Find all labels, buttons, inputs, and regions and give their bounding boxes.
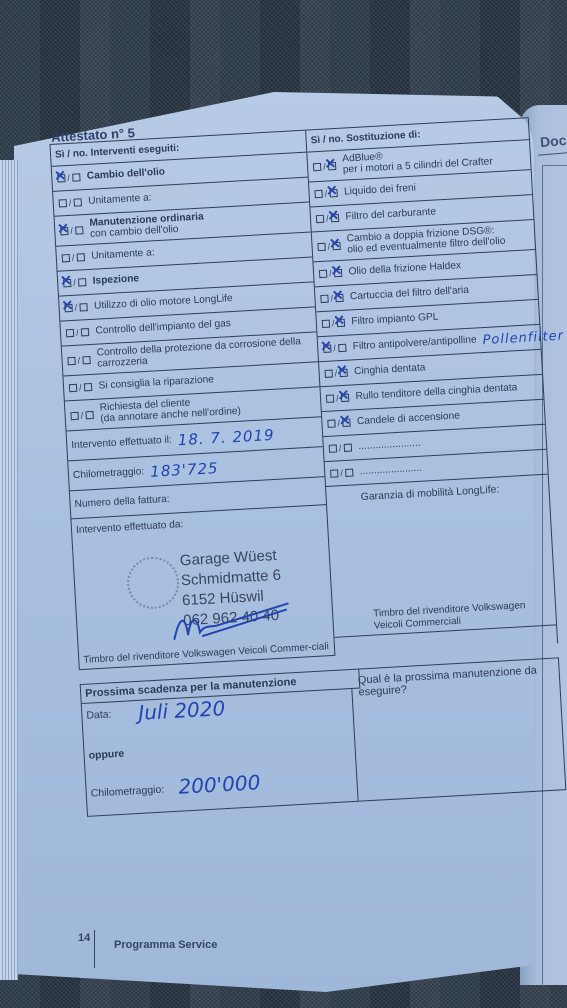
yes-checkbox[interactable] — [70, 411, 78, 419]
yes-checkbox[interactable] — [327, 419, 335, 427]
next-service-box: Prossima scadenza per la manutenzione Da… — [80, 657, 567, 817]
right-stamp-caption: Timbro del rivenditore Volkswagen Veicol… — [373, 599, 544, 632]
yes-no-checkboxes: / — [66, 354, 91, 365]
item-label: Cartuccia del filtro dell'aria — [350, 285, 470, 302]
yes-no-checkboxes: / — [59, 225, 84, 236]
yes-checkbox[interactable] — [59, 199, 67, 207]
invoice-label: Numero della fattura: — [74, 494, 170, 510]
no-checkbox[interactable] — [335, 294, 343, 302]
item-label: ...................... — [358, 438, 421, 452]
item-label-main: Utilizzo di olio motore LongLife — [94, 294, 233, 312]
no-checkbox[interactable] — [79, 303, 87, 311]
item-label: Cambio a doppia frizione DSG®:olio ed ev… — [346, 225, 505, 255]
yes-checkbox[interactable] — [326, 394, 334, 402]
yes-checkbox[interactable] — [64, 304, 72, 312]
separator: / — [333, 343, 336, 353]
next-km-label: Chilometraggio: — [90, 784, 164, 800]
yes-checkbox[interactable] — [330, 469, 338, 477]
signature-icon — [171, 601, 293, 644]
item-label: Liquido dei freni — [344, 183, 416, 198]
no-checkbox[interactable] — [345, 469, 353, 477]
no-checkbox[interactable] — [336, 319, 344, 327]
yes-checkbox[interactable] — [63, 279, 71, 287]
item-label-main: ...................... — [359, 463, 422, 477]
page-stack-edge — [0, 160, 18, 980]
stamp-seal-icon — [126, 555, 181, 610]
item-label-main: Filtro del carburante — [345, 207, 436, 223]
separator: / — [67, 173, 70, 183]
item-label: Ispezione — [92, 274, 139, 287]
left-stamp-caption: Timbro del rivenditore Volkswagen Veicol… — [83, 641, 333, 667]
yes-no-checkboxes: / — [325, 393, 350, 404]
item-label-main: Liquido dei freni — [344, 183, 416, 198]
yes-no-checkboxes: / — [328, 443, 353, 454]
km-label: Chilometraggio: — [73, 466, 145, 481]
item-label-main: Cartuccia del filtro dell'aria — [350, 285, 470, 302]
item-label: Manutenzione ordinariacon cambio dell'ol… — [89, 212, 204, 240]
item-label-main: Ispezione — [92, 274, 139, 287]
item-label-main: Unitamente a: — [91, 248, 155, 262]
no-checkbox[interactable] — [76, 253, 84, 261]
item-label-main: Filtro impianto GPL — [351, 312, 439, 328]
next-service-question-area: Qual è la prossima manutenzione da esegu… — [352, 677, 565, 800]
item-label: Si consiglia la riparazione — [98, 375, 214, 392]
item-label-main: ...................... — [358, 438, 421, 452]
no-checkbox[interactable] — [333, 269, 341, 277]
item-label: Controllo dell'impianto del gas — [95, 319, 231, 337]
yes-checkbox[interactable] — [320, 295, 328, 303]
next-date-label: Data: — [86, 708, 112, 721]
separator: / — [80, 410, 83, 420]
footer-divider — [94, 930, 95, 968]
item-label: Rullo tenditore della cinghia dentata — [355, 383, 517, 403]
page-footer: 14 Programma Service — [78, 932, 90, 944]
next-service-fields: Data: Juli 2020 oppure Chilometraggio: 2… — [82, 689, 359, 816]
yes-no-checkboxes: / — [322, 343, 347, 354]
section-name: Programma Service — [114, 939, 217, 951]
next-page-underline — [538, 151, 567, 155]
km-value: 183'725 — [150, 459, 219, 481]
no-checkbox[interactable] — [73, 198, 81, 206]
item-label: ...................... — [359, 463, 422, 477]
yes-no-checkboxes: / — [63, 302, 88, 313]
yes-checkbox[interactable] — [324, 370, 332, 378]
form-grid: Sì / no. Interventi eseguiti: /Cambio de… — [50, 118, 559, 670]
no-checkbox[interactable] — [329, 189, 337, 197]
yes-checkbox[interactable] — [323, 345, 331, 353]
item-label-main: Controllo dell'impianto del gas — [95, 319, 231, 337]
item-label-main: Filtro antipolvere/antipolline — [352, 335, 476, 353]
next-service-question: Qual è la prossima manutenzione da esegu… — [358, 663, 560, 698]
next-km-value: 200'000 — [178, 770, 261, 799]
yes-no-checkboxes: / — [316, 240, 341, 251]
item-label: Unitamente a: — [91, 248, 155, 262]
page-number: 14 — [78, 932, 90, 944]
item-label: Olio della frizione Haldex — [348, 261, 461, 278]
item-label-main: Unitamente a: — [88, 193, 152, 207]
yes-no-checkboxes: / — [61, 252, 86, 263]
or-label: oppure — [88, 748, 124, 762]
next-page-title: Doc — [539, 132, 567, 150]
separator: / — [340, 468, 343, 478]
separator: / — [79, 383, 82, 393]
no-checkbox[interactable] — [82, 356, 90, 364]
date-label: Intervento effettuato il: — [71, 435, 172, 452]
yes-checkbox[interactable] — [69, 384, 77, 392]
no-checkbox[interactable] — [327, 162, 335, 170]
no-checkbox[interactable] — [72, 173, 80, 181]
separator: / — [74, 303, 77, 313]
no-checkbox[interactable] — [338, 344, 346, 352]
yes-checkbox[interactable] — [62, 254, 70, 262]
item-label: Richiesta del cliente(da annotare anche … — [100, 396, 242, 425]
yes-no-checkboxes: / — [323, 368, 348, 379]
next-date-value: Juli 2020 — [138, 696, 226, 725]
yes-checkbox[interactable] — [66, 329, 74, 337]
yes-no-checkboxes: / — [313, 188, 338, 199]
no-checkbox[interactable] — [339, 369, 347, 377]
yes-checkbox[interactable] — [329, 444, 337, 452]
yes-checkbox[interactable] — [316, 215, 324, 223]
item-label: Cinghia dentata — [354, 363, 426, 378]
item-label-main: Rullo tenditore della cinghia dentata — [355, 383, 517, 403]
no-checkbox[interactable] — [80, 328, 88, 336]
yes-no-checkboxes: / — [329, 467, 354, 478]
no-checkbox[interactable] — [78, 278, 86, 286]
yes-no-checkboxes: / — [58, 197, 83, 208]
separator: / — [339, 443, 342, 453]
item-label: AdBlue®per i motori a 5 cilindri del Cra… — [342, 146, 493, 176]
services-performed-column: Sì / no. Interventi eseguiti: /Cambio de… — [51, 131, 336, 670]
item-label: Candele di accensione — [357, 411, 461, 427]
yes-no-checkboxes: / — [312, 160, 337, 171]
item-label-main: Candele di accensione — [357, 411, 461, 427]
replacements-column: Sì / no. Sostituzione di: /AdBlue®per i … — [306, 118, 558, 656]
no-checkbox[interactable] — [340, 394, 348, 402]
yes-no-checkboxes: / — [319, 293, 344, 304]
item-label: Cambio dell'olio — [87, 167, 166, 182]
yes-no-checkboxes: / — [315, 213, 340, 224]
separator: / — [77, 355, 80, 365]
yes-checkbox[interactable] — [313, 162, 321, 170]
yes-no-checkboxes: / — [68, 382, 93, 393]
separator: / — [76, 328, 79, 338]
yes-checkbox[interactable] — [60, 227, 68, 235]
yes-checkbox[interactable] — [67, 356, 75, 364]
item-label-main: Cinghia dentata — [354, 363, 426, 378]
service-certificate-form: Attestato n° 5 Sì / no. Interventi esegu… — [48, 91, 566, 817]
yes-no-checkboxes: / — [62, 277, 87, 288]
yes-no-checkboxes: / — [321, 318, 346, 329]
no-checkbox[interactable] — [85, 410, 93, 418]
no-checkbox[interactable] — [343, 444, 351, 452]
separator: / — [68, 198, 71, 208]
separator: / — [73, 278, 76, 288]
item-label: Filtro impianto GPL — [351, 312, 439, 328]
yes-no-checkboxes: / — [326, 418, 351, 429]
item-label: Filtro del carburante — [345, 207, 436, 223]
yes-no-checkboxes: / — [318, 268, 343, 279]
separator: / — [70, 225, 73, 235]
performed-by-area: Intervento effettuato da: Garage Wüest S… — [71, 505, 334, 670]
separator: / — [72, 253, 75, 263]
performed-by-label: Intervento effettuato da: — [76, 519, 184, 536]
no-checkbox[interactable] — [83, 383, 91, 391]
no-checkbox[interactable] — [342, 419, 350, 427]
yes-checkbox[interactable] — [57, 174, 65, 182]
yes-no-checkboxes: / — [69, 409, 94, 420]
left-items: /Cambio dell'olio/Unitamente a:/Manutenz… — [52, 153, 321, 432]
yes-checkbox[interactable] — [322, 320, 330, 328]
item-label: Unitamente a: — [88, 193, 152, 207]
item-label: Utilizzo di olio motore LongLife — [94, 294, 233, 312]
yes-checkbox[interactable] — [314, 190, 322, 198]
item-label-main: Olio della frizione Haldex — [348, 261, 461, 278]
mobility-label: Garanzia di mobilità LongLife: — [360, 483, 499, 503]
yes-checkbox[interactable] — [319, 270, 327, 278]
no-checkbox[interactable] — [330, 214, 338, 222]
no-checkbox[interactable] — [332, 241, 340, 249]
mobility-area: Garanzia di mobilità LongLife: Timbro de… — [326, 475, 556, 638]
no-checkbox[interactable] — [75, 226, 83, 234]
yes-no-checkboxes: / — [56, 172, 81, 183]
yes-checkbox[interactable] — [317, 242, 325, 250]
item-label: Filtro antipolvere/antipolline — [352, 335, 476, 353]
right-items: /AdBlue®per i motori a 5 cilindri del Cr… — [307, 140, 547, 487]
item-label-main: Cambio dell'olio — [87, 167, 166, 182]
yes-no-checkboxes: / — [65, 327, 90, 338]
item-label-main: Si consiglia la riparazione — [98, 375, 214, 392]
date-value: 18. 7. 2019 — [177, 425, 275, 448]
